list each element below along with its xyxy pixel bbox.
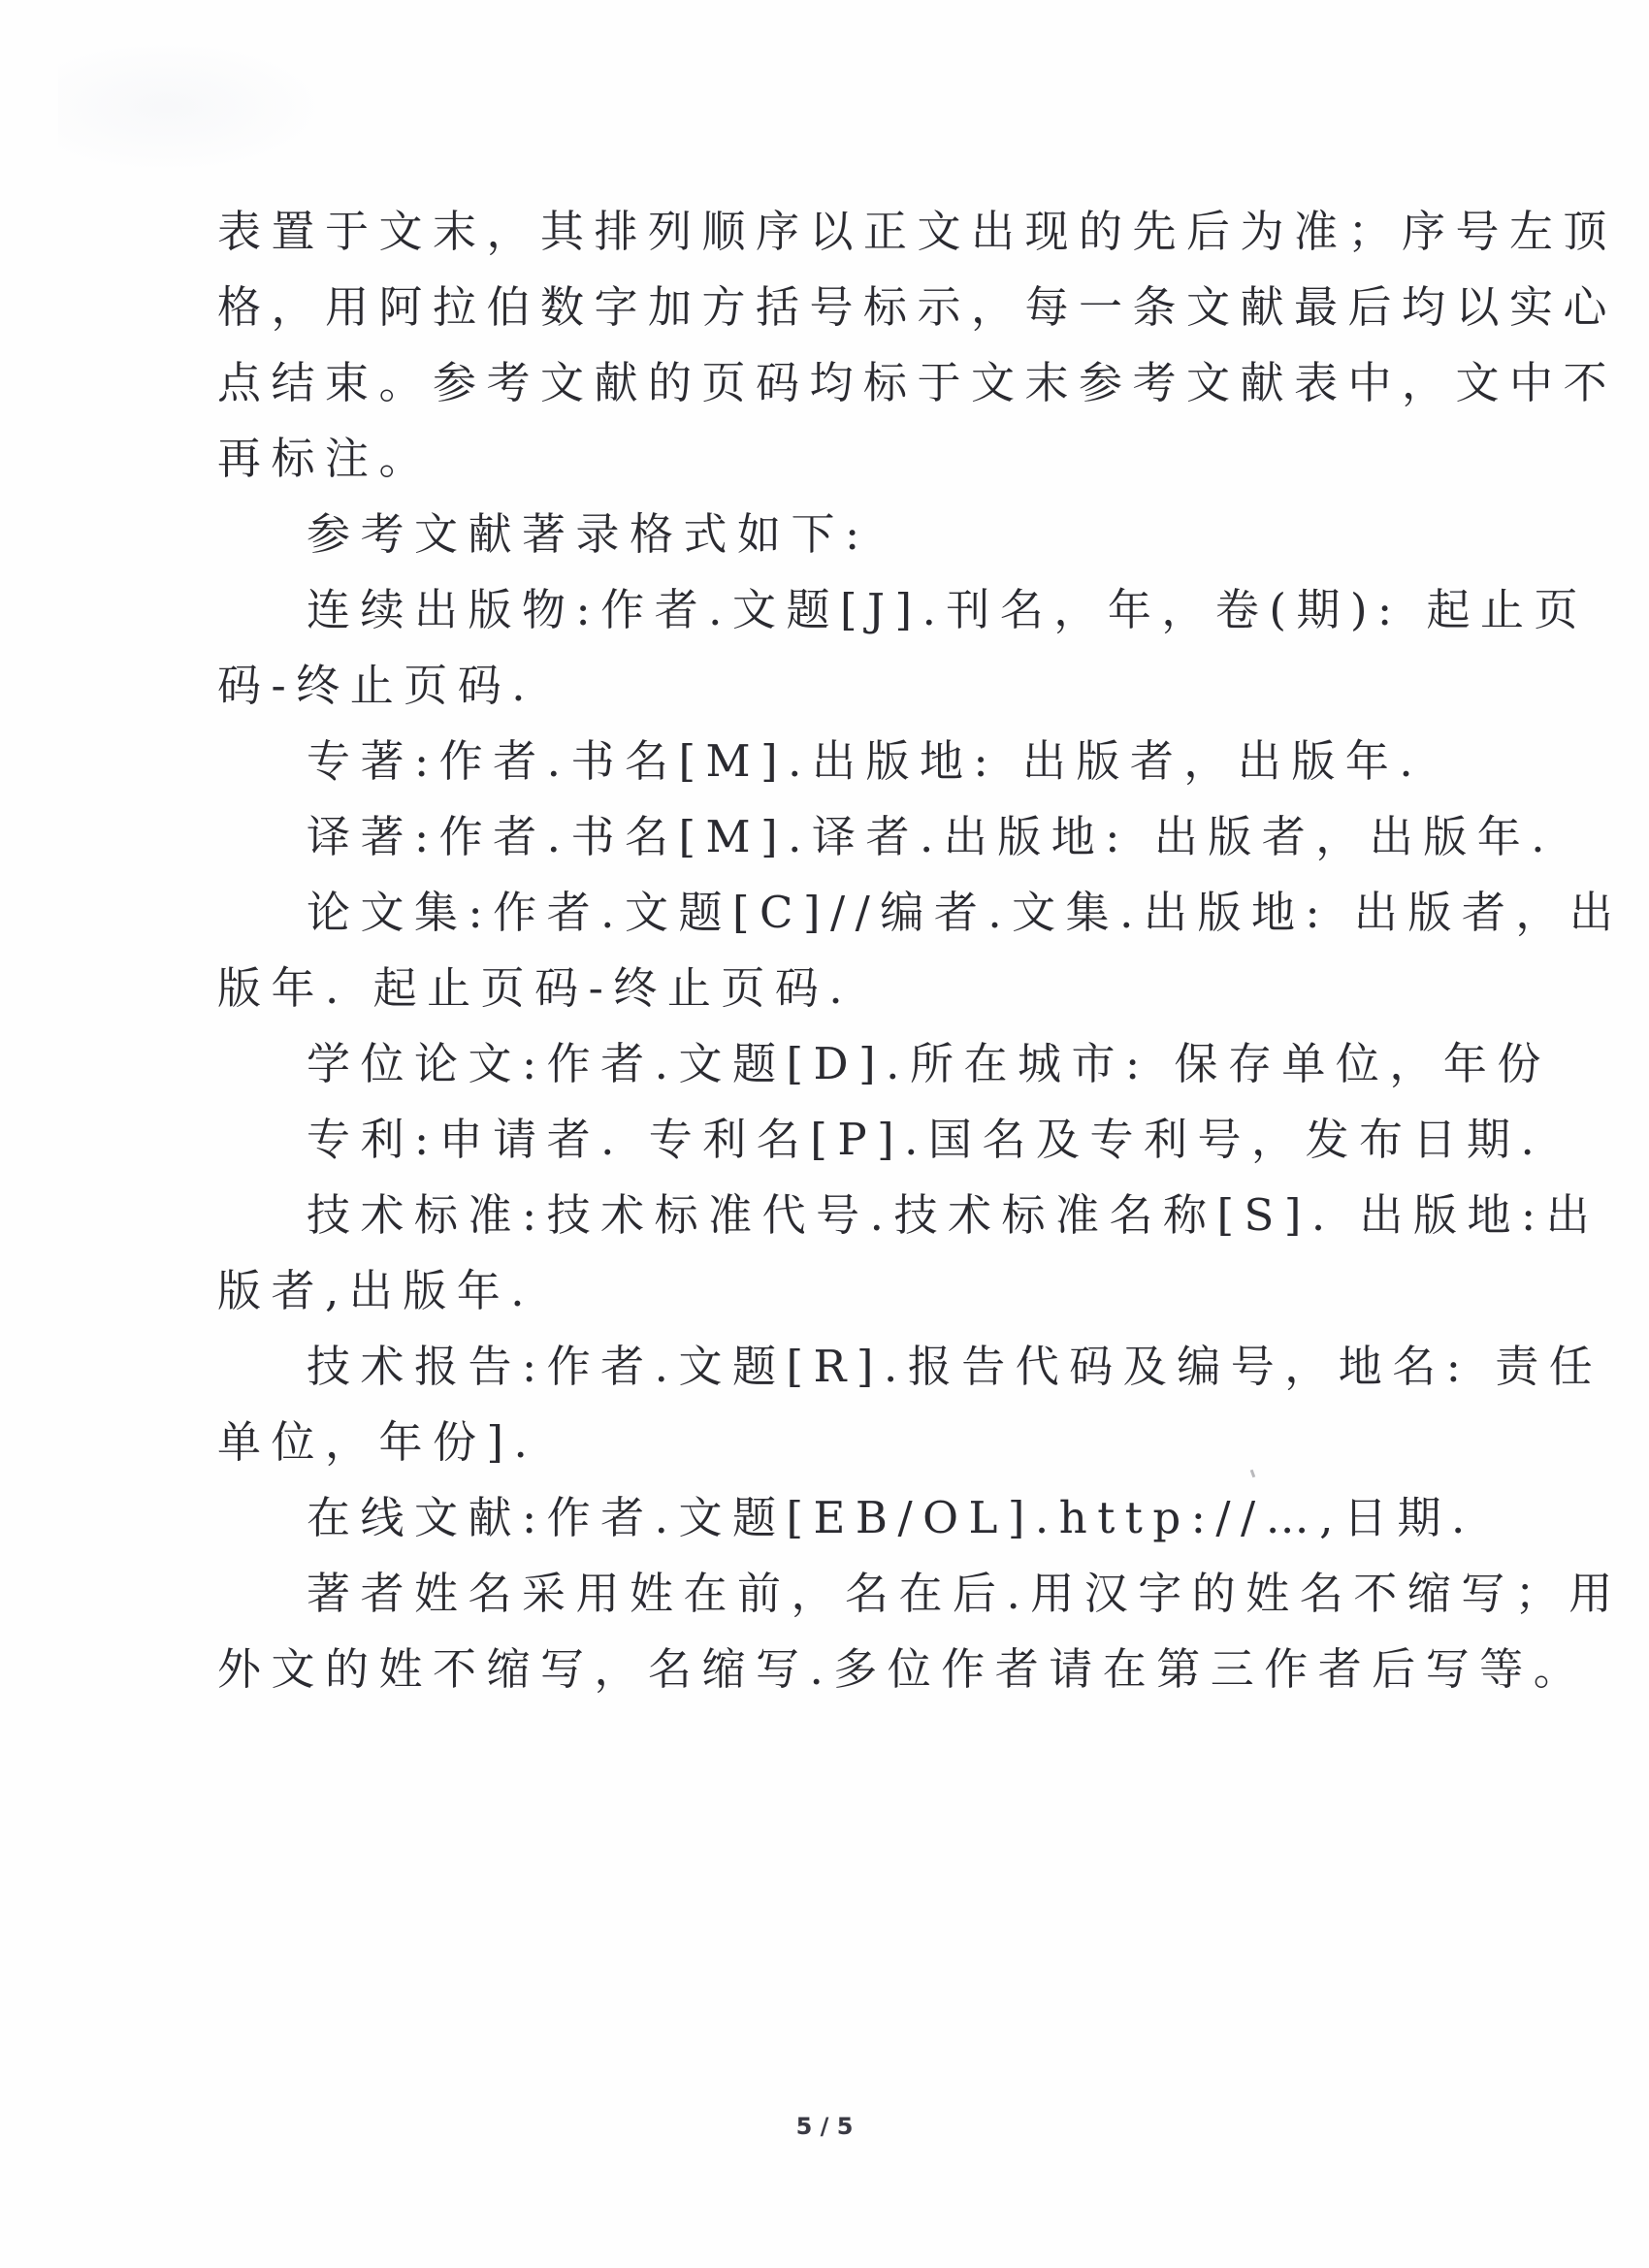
text-line-monograph: 专著:作者.书名[M].出版地: 出版者，出版年. [217, 724, 1362, 799]
text-line-report: 技术报告:作者.文题[R].报告代码及编号，地名: 责任 [217, 1329, 1362, 1405]
text-line-serial: 连续出版物:作者.文题[J].刊名，年，卷(期): 起止页 [217, 572, 1362, 648]
text-line: 点结束。参考文献的页码均标于文末参考文献表中，文中不 [217, 345, 1362, 421]
scan-artifact [58, 39, 330, 175]
text-line: 外文的姓不缩写，名缩写.多位作者请在第三作者后写等。 [217, 1632, 1362, 1707]
text-line-thesis: 学位论文:作者.文题[D].所在城市: 保存单位，年份 [217, 1026, 1362, 1102]
text-line-proceedings: 论文集:作者.文题[C]//编者.文集.出版地: 出版者，出 [217, 875, 1362, 951]
document-page: 表置于文末，其排列顺序以正文出现的先后为准；序号左顶 格，用阿拉伯数字加方括号标… [0, 0, 1649, 2268]
text-line-format-intro: 参考文献著录格式如下: [217, 497, 1362, 572]
text-line-patent: 专利:申请者. 专利名[P].国名及专利号，发布日期. [217, 1102, 1362, 1178]
text-line: 版者,出版年. [217, 1253, 1362, 1329]
body-text: 表置于文末，其排列顺序以正文出现的先后为准；序号左顶 格，用阿拉伯数字加方括号标… [217, 194, 1362, 1707]
text-line-online: 在线文献:作者.文题[EB/OL].http://…,日期. [217, 1480, 1362, 1556]
text-line-standard: 技术标准:技术标准代号.技术标准名称[S]. 出版地:出 [217, 1178, 1362, 1253]
text-line: 再标注。 [217, 421, 1362, 497]
text-line: 单位，年份]. [217, 1405, 1362, 1480]
text-line: 码-终止页码. [217, 648, 1362, 724]
text-line: 版年. 起止页码-终止页码. [217, 951, 1362, 1026]
text-line: 格，用阿拉伯数字加方括号标示，每一条文献最后均以实心 [217, 270, 1362, 345]
text-line-author-names: 著者姓名采用姓在前，名在后.用汉字的姓名不缩写；用 [217, 1556, 1362, 1632]
text-line: 表置于文末，其排列顺序以正文出现的先后为准；序号左顶 [217, 194, 1362, 270]
text-line-translation: 译著:作者.书名[M].译者.出版地: 出版者，出版年. [217, 799, 1362, 875]
page-number: 5 / 5 [0, 2113, 1649, 2140]
